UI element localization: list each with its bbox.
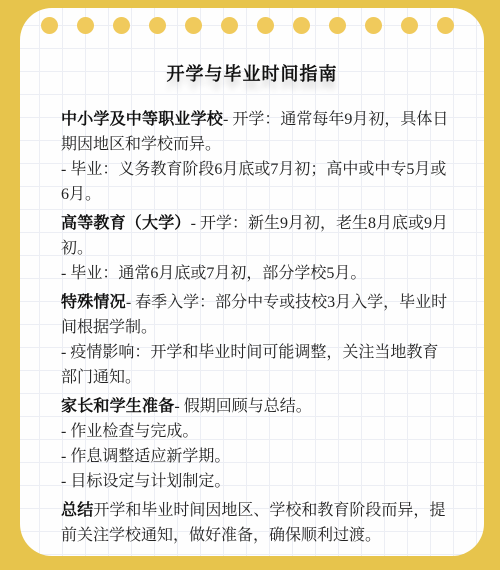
binder-dot xyxy=(113,17,130,34)
section-lead-line: 高等教育（大学）- 开学：新生9月初，老生8月底或9月初。 xyxy=(61,211,450,261)
section-lead-line: 家长和学生准备- 假期回顾与总结。 xyxy=(61,394,450,419)
section-primary-secondary-schools: 中小学及中等职业学校- 开学：通常每年9月初，具体日期因地区和学校而异。 - 毕… xyxy=(61,107,450,207)
section-item: - 毕业：义务教育阶段6月底或7月初；高中或中专5月或6月。 xyxy=(61,157,450,207)
section-heading: 特殊情况 xyxy=(61,294,126,311)
binder-dot xyxy=(365,17,382,34)
section-special-cases: 特殊情况- 春季入学：部分中专或技校3月入学，毕业时间根据学制。 - 疫情影响：… xyxy=(61,290,450,390)
section-parent-student-preparation: 家长和学生准备- 假期回顾与总结。 - 作业检查与完成。 - 作息调整适应新学期… xyxy=(61,394,450,494)
section-heading: 中小学及中等职业学校 xyxy=(61,111,223,128)
section-heading: 家长和学生准备 xyxy=(61,398,174,415)
binder-dot xyxy=(221,17,238,34)
note-card: 开学与毕业时间指南 中小学及中等职业学校- 开学：通常每年9月初，具体日期因地区… xyxy=(20,8,484,556)
binder-dot xyxy=(149,17,166,34)
binder-dot xyxy=(437,17,454,34)
binder-dot xyxy=(329,17,346,34)
section-lead-line: 特殊情况- 春季入学：部分中专或技校3月入学，毕业时间根据学制。 xyxy=(61,290,450,340)
section-item: - 疫情影响：开学和毕业时间可能调整，关注当地教育部门通知。 xyxy=(61,340,450,390)
binder-dot xyxy=(257,17,274,34)
binder-dot xyxy=(77,17,94,34)
page-title: 开学与毕业时间指南 xyxy=(20,60,484,86)
section-lead: - 假期回顾与总结。 xyxy=(174,398,311,415)
binder-dot xyxy=(185,17,202,34)
note-body: 中小学及中等职业学校- 开学：通常每年9月初，具体日期因地区和学校而异。 - 毕… xyxy=(20,86,484,548)
section-heading: 高等教育（大学） xyxy=(61,215,191,232)
section-item: - 毕业：通常6月底或7月初，部分学校5月。 xyxy=(61,261,450,286)
section-lead: 开学和毕业时间因地区、学校和教育阶段而异，提前关注学校通知，做好准备，确保顺利过… xyxy=(61,502,445,544)
binder-dot xyxy=(401,17,418,34)
binder-dot xyxy=(41,17,58,34)
section-item: - 目标设定与计划制定。 xyxy=(61,469,450,494)
section-lead-line: 总结开学和毕业时间因地区、学校和教育阶段而异，提前关注学校通知，做好准备，确保顺… xyxy=(61,498,450,548)
binder-dots-row xyxy=(20,17,484,34)
binder-dot xyxy=(293,17,310,34)
section-heading: 总结 xyxy=(61,502,93,519)
section-item: - 作息调整适应新学期。 xyxy=(61,444,450,469)
section-lead-line: 中小学及中等职业学校- 开学：通常每年9月初，具体日期因地区和学校而异。 xyxy=(61,107,450,157)
section-summary: 总结开学和毕业时间因地区、学校和教育阶段而异，提前关注学校通知，做好准备，确保顺… xyxy=(61,498,450,548)
section-higher-education: 高等教育（大学）- 开学：新生9月初，老生8月底或9月初。 - 毕业：通常6月底… xyxy=(61,211,450,286)
section-item: - 作业检查与完成。 xyxy=(61,419,450,444)
